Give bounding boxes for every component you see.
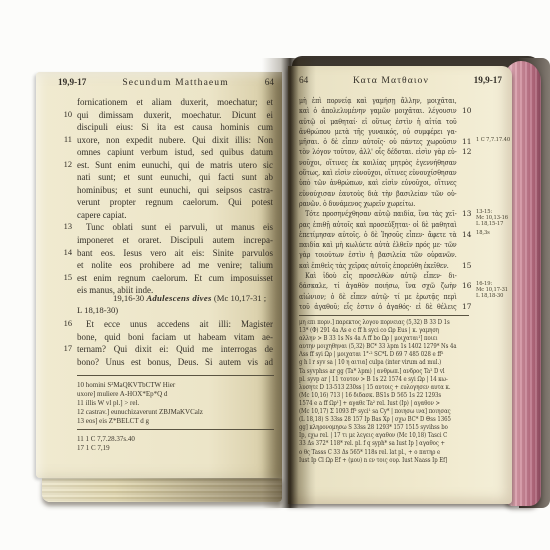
verse-text: discipuli eius: Si ita est causa hominis…: [77, 121, 273, 134]
verse-number: 14: [462, 230, 476, 241]
verse-text: ἐπετίμησαν αὐτοῖς. ὁ δὲ Ἰησοῦς εἶπεν· ἄφ…: [299, 230, 457, 240]
verse-text: καὶ ἐπιθεὶς τὰς χεῖρας αὐτοῖς ἐπορεύθη ἐ…: [299, 261, 457, 271]
book-photo: 19,9-17 Secundum Matthaeum 64 fornicatio…: [0, 0, 550, 550]
verse-text: νοῦχοι, οἵτινες ἐκ κοιλίας μητρὸς ἐγεννή…: [299, 158, 457, 168]
apparatus-line: 13* (Φ) 291 4a Λs e c ff h syci co Ωρ Eu…: [299, 327, 475, 335]
cross-reference-line: 17 1 C 7,19: [77, 444, 277, 453]
apparatus-line: uxore] muliere A-HOX*Ep*Q d: [77, 390, 277, 399]
pericope-title: Adulescens dives: [146, 293, 211, 303]
verse-text: qui dimissam duxerit, moechatur. Dicunt …: [77, 109, 273, 122]
greek-text-line: 10καὶ ὁ ἀπολελυμένην γαμῶν μοιχᾶται. λέγ…: [299, 106, 515, 116]
latin-text-line: hominibus; et sunt eunuchi, qui seipsos …: [58, 184, 274, 197]
verse-number: 16: [58, 318, 72, 331]
verse-number: 15: [58, 272, 72, 285]
verse-number: 17: [462, 302, 476, 313]
greek-text-block: μὴ ἐπὶ πορνείᾳ καὶ γαμήσῃ ἄλλην, μοιχᾶτα…: [299, 96, 515, 312]
left-verse-ref: 19,9-17: [58, 77, 86, 87]
verse-number: 12: [58, 159, 72, 172]
verse-number: 11: [58, 134, 72, 147]
verse-text: capere capiat.: [77, 209, 273, 222]
verse-number: 11: [462, 137, 476, 148]
apparatus-line: Λss ff syi Ωρ | μοιχαται 1°·² SC*L D 69 …: [299, 351, 475, 359]
greek-text-line: οὕτως, καὶ εἰσὶν εὐνοῦχοι, οἵτινες εὐνου…: [299, 168, 515, 178]
latin-text-line: 16 Et ecce unus accedens ait illi: Magis…: [58, 318, 274, 331]
apparatus-line: Ip, εχω rel. | 17 τι με λεγεις αγαθον (M…: [299, 432, 475, 440]
apparatus-line: 1574 e a ff Ωρ¹] + αγαθε Ta² rel. Iust (…: [299, 400, 475, 408]
greek-text-line: μὴ ἐπὶ πορνείᾳ καὶ γαμήσῃ ἄλλην, μοιχᾶτα…: [299, 96, 515, 106]
verse-text: ἀνθρώπου μετὰ τῆς γυναικός, οὐ συμφέρει …: [299, 127, 457, 137]
apparatus-separator-rule: [299, 315, 469, 316]
apparatus-line: 13 eos] eis Z*BELCT d g: [77, 417, 277, 426]
latin-text-line: fornicationem et aliam duxerit, moechatu…: [58, 96, 274, 109]
verse-text: μῆσαι. ὁ δὲ εἶπεν αὐτοῖς· οὐ πάντες χωρο…: [299, 137, 457, 147]
greek-text-line: 17τοῦ ἀγαθοῦ; εἷς ἐστιν ὁ ἀγαθός· εἰ δὲ …: [299, 302, 515, 312]
latin-text-block-2: 16 Et ecce unus accedens ait illi: Magis…: [58, 318, 274, 369]
greek-text-line: νοῦχοι, οἵτινες ἐκ κοιλίας μητρὸς ἐγεννή…: [299, 158, 515, 168]
greek-text-line: ἀνθρώπου μετὰ τῆς γυναικός, οὐ συμφέρει …: [299, 127, 515, 137]
greek-text-line: Καὶ ἰδοὺ εἷς προσελθὼν αὐτῷ εἶπεν· δι-: [299, 271, 515, 281]
latin-text-line: 14bant eos. Iesus vero ait eis: Sinite p…: [58, 247, 274, 260]
latin-text-line: bone, quid boni faciam ut habeam vitam a…: [58, 331, 274, 344]
latin-text-block: fornicationem et aliam duxerit, moechatu…: [58, 96, 274, 297]
verse-text: δάσκαλε, τί ἀγαθὸν ποιήσω, ἵνα σχῶ ζωὴν: [299, 281, 457, 291]
verse-text: καὶ ὁ ἀπολελυμένην γαμῶν μοιχᾶται. λέγου…: [299, 106, 457, 116]
verse-number: 12: [462, 147, 476, 158]
pericope-line1: 19,16-30 Adulescens dives (Mc 10,17-31 ;: [77, 293, 275, 305]
cross-references: 11 1 C 7,7.28.37s.4017 1 C 7,19: [77, 435, 277, 453]
margin-reference: 1 C 7,7.17.40: [476, 138, 516, 144]
apparatus-line: (L 18,18) S 33ss 28 157 Ip Bas Χρ | σχω …: [299, 416, 475, 424]
verse-text: est. Sunt enim eunuchi, qui de matris ut…: [77, 159, 273, 172]
latin-text-line: discipuli eius: Si ita est causa hominis…: [58, 121, 274, 134]
right-page-number: 64: [299, 75, 308, 85]
pericope-parallels: (Mc 10,17-31 ;: [212, 293, 267, 303]
page-bottom-edges: [42, 477, 282, 502]
apparatus-line: g h l r syv sa | 10 η αιτια] culpa (inte…: [299, 359, 475, 367]
latin-text-line: bono? Unus est bonus, Deus. Si autem vis…: [58, 356, 274, 369]
apparatus-line: Ta syvphss ar gg (Ta* λpm) | ανθρωπ.] αν…: [299, 368, 475, 376]
greek-text-line: 16δάσκαλε, τί ἀγαθὸν ποιήσω, ἵνα σχῶ ζωὴ…: [299, 281, 515, 291]
apparatus-line: αυτην μοιχηθηναι (5,32) BC* 33 λpm 1s 14…: [299, 343, 475, 351]
apparatus-line: μη επι πορν.] παρεκτος λογου πορνειας (5…: [299, 319, 475, 327]
left-book-title: Secundum Matthaeum: [122, 77, 228, 88]
right-book-title: Κατα Ματθαιον: [353, 75, 429, 86]
left-page-number: 64: [265, 77, 274, 87]
pericope-range: 19,16-30: [113, 293, 146, 303]
verse-number: 13: [58, 221, 72, 234]
latin-text-line: imponeret et oraret. Discipuli autem inc…: [58, 234, 274, 247]
right-verse-ref: 19,9-17: [474, 75, 502, 85]
verse-number: 17: [58, 343, 72, 356]
verse-text: γὰρ τοιούτων ἐστὶν ἡ βασιλεία τῶν οὐρανῶ…: [299, 250, 457, 260]
verse-text: αὐτῷ οἱ μαθηταί· εἰ οὕτως ἐστὶν ἡ αἰτία …: [299, 117, 457, 127]
apparatus-line: (Mc 10,17) Σ 1093 ff² syci¹ sa Cy* | ποι…: [299, 408, 475, 416]
verse-text: μὴ ἐπὶ πορνείᾳ καὶ γαμήσῃ ἄλλην, μοιχᾶτα…: [299, 96, 457, 106]
verse-text: τοῦ ἀγαθοῦ; εἷς ἐστιν ὁ ἀγαθός· εἰ δὲ θέ…: [299, 302, 457, 312]
apparatus-line: 12 castrav.] eunuchizaverunt ZBJMaKVCalz: [77, 408, 277, 417]
references-separator-rule: [77, 429, 274, 430]
apparatus-line: αλλην > B 33 1s Ns 4a Λ ff bo Ωρ | μοιχα…: [299, 335, 475, 343]
apparatus-line: ο θς Tasss C 33 Δs 565* 118s rel. lat pl…: [299, 449, 475, 457]
greek-text-line: 12τὸν λόγον τοῦτον, ἀλλ' οἷς δέδοται. εἰ…: [299, 147, 515, 157]
greek-critical-apparatus: μη επι πορν.] παρεκτος λογου πορνειας (5…: [299, 319, 475, 465]
verse-text: οὕτως, καὶ εἰσὶν εὐνοῦχοι, οἵτινες εὐνου…: [299, 168, 457, 178]
greek-text-line: αἰώνιον; ὁ δὲ εἶπεν αὐτῷ· τί με ἐρωτᾷς π…: [299, 292, 515, 302]
apparatus-line: Iust Ip Cl Ωρ Ef + (μου) n εν τοις ουρ. …: [299, 457, 475, 465]
greek-text-line: γὰρ τοιούτων ἐστὶν ἡ βασιλεία τῶν οὐρανῶ…: [299, 250, 515, 260]
apparatus-line: 33 Δs 372* 118* rel. pl. f q syph* sa Iu…: [299, 440, 475, 448]
greek-text-line: ρανῶν. ὁ δυνάμενος χωρεῖν χωρείτω.: [299, 199, 515, 209]
verse-text: τὸν λόγον τοῦτον, ἀλλ' οἷς δέδοται. εἰσὶ…: [299, 147, 457, 157]
greek-text-line: 11μῆσαι. ὁ δὲ εἶπεν αὐτοῖς· οὐ πάντες χω…: [299, 137, 515, 147]
latin-text-line: et nolite eos prohibere ad me venire; ta…: [58, 259, 274, 272]
verse-text: αἰώνιον; ὁ δὲ εἶπεν αὐτῷ· τί με ἐρωτᾷς π…: [299, 292, 457, 302]
verse-text: hominibus; et sunt eunuchi, qui seipsos …: [77, 184, 273, 197]
verse-number: 14: [58, 247, 72, 260]
verse-text: uxore, non expedit nubere. Qui dixit ill…: [77, 134, 273, 147]
latin-text-line: 12est. Sunt enim eunuchi, qui de matris …: [58, 159, 274, 172]
verse-number: 15: [462, 261, 476, 272]
greek-text-line: 13 Τότε προσηνέχθησαν αὐτῷ παιδία, ἵνα τ…: [299, 209, 515, 219]
verse-number: 16: [462, 281, 476, 292]
verse-text: et nolite eos prohibere ad me venire; ta…: [77, 259, 273, 272]
verse-text: verunt propter regnum caelorum. Qui pote…: [77, 196, 273, 209]
verse-text: omnes capiunt verbum istud, sed quibus d…: [77, 146, 273, 159]
verse-text: Et ecce unus accedens ait illi: Magister: [77, 318, 273, 331]
greek-text-line: παιδία καὶ μὴ κωλύετε αὐτὰ ἐλθεῖν πρός μ…: [299, 240, 515, 250]
verse-text: nati sunt; et sunt eunuchi, qui facti su…: [77, 171, 273, 184]
pericope-line2: L 18,18-30): [77, 305, 275, 317]
apparatus-line: 11 illis W vl pl.] > rel.: [77, 399, 277, 408]
apparatus-separator-rule: [77, 375, 274, 376]
apparatus-line: λυσητε D 13-513 230ss | 15 αυτοις + ευλο…: [299, 384, 475, 392]
verse-text: bant eos. Iesus vero ait eis: Sinite par…: [77, 247, 273, 260]
verse-text: imponeret et oraret. Discipuli autem inc…: [77, 234, 273, 247]
verse-number: 13: [462, 209, 476, 220]
verse-text: Καὶ ἰδοὺ εἷς προσελθὼν αὐτῷ εἶπεν· δι-: [299, 271, 457, 281]
greek-text-line: ρας ἐπιθῇ αὐτοῖς καὶ προσεύξηται· οἱ δὲ …: [299, 220, 515, 230]
greek-text-line: 15καὶ ἐπιθεὶς τὰς χεῖρας αὐτοῖς ἐπορεύθη…: [299, 261, 515, 271]
latin-text-line: 15est enim regnum caelorum. Et cum impos…: [58, 272, 274, 285]
latin-text-line: nati sunt; et sunt eunuchi, qui facti su…: [58, 171, 274, 184]
latin-text-line: verunt propter regnum caelorum. Qui pote…: [58, 196, 274, 209]
verse-text: εὐνούχισαν ἑαυτοὺς διὰ τὴν βασιλείαν τῶν…: [299, 189, 457, 199]
right-running-head: 64 Κατα Ματθαιον 19,9-17: [299, 75, 502, 86]
latin-text-line: 11uxore, non expedit nubere. Qui dixit i…: [58, 134, 274, 147]
greek-text-line: 14ἐπετίμησαν αὐτοῖς. ὁ δὲ Ἰησοῦς εἶπεν· …: [299, 230, 515, 240]
left-page-latin: 19,9-17 Secundum Matthaeum 64 fornicatio…: [36, 72, 282, 478]
verse-text: ternam? Qui dixit ei: Quid me interrogas…: [77, 343, 273, 356]
verse-text: ὑπὸ τῶν ἀνθρώπων, καὶ εἰσὶν εὐνοῦχοι, οἵ…: [299, 178, 457, 188]
apparatus-line: gg] κληρονομησω S 33ss 28 1293* 157 1515…: [299, 424, 475, 432]
verse-text: est enim regnum caelorum. Et cum imposui…: [77, 272, 273, 285]
latin-text-line: 13 Tunc oblati sunt ei parvuli, ut manus…: [58, 221, 274, 234]
greek-text-line: αὐτῷ οἱ μαθηταί· εἰ οὕτως ἐστὶν ἡ αἰτία …: [299, 117, 515, 127]
verse-text: ρας ἐπιθῇ αὐτοῖς καὶ προσεύξηται· οἱ δὲ …: [299, 220, 457, 230]
verse-text: Τότε προσηνέχθησαν αὐτῷ παιδία, ἵνα τὰς …: [299, 209, 457, 219]
greek-text-line: ὑπὸ τῶν ἀνθρώπων, καὶ εἰσὶν εὐνοῦχοι, οἵ…: [299, 178, 515, 188]
apparatus-line: 10 homini S²MaQKVTbCTW Hier: [77, 381, 277, 390]
latin-text-line: capere capiat.: [58, 209, 274, 222]
left-running-head: 19,9-17 Secundum Matthaeum 64: [58, 77, 274, 88]
verse-text: ρανῶν. ὁ δυνάμενος χωρεῖν χωρείτω.: [299, 199, 457, 209]
verse-number: 10: [58, 109, 72, 122]
verse-text: bono? Unus est bonus, Deus. Si autem vis…: [77, 356, 273, 369]
verse-text: bone, quid boni faciam ut habeam vitam a…: [77, 331, 273, 344]
apparatus-line: (Mc 10,16) 713 | 16 διδασκ. BS1s D 565 1…: [299, 392, 475, 400]
verse-number: 10: [462, 106, 476, 117]
latin-text-line: omnes capiunt verbum istud, sed quibus d…: [58, 146, 274, 159]
latin-text-line: 10qui dimissam duxerit, moechatur. Dicun…: [58, 109, 274, 122]
verse-text: Tunc oblati sunt ei parvuli, ut manus ei…: [77, 221, 273, 234]
margin-reference: 18,3s: [476, 231, 516, 237]
verse-text: fornicationem et aliam duxerit, moechatu…: [77, 96, 273, 109]
pericope-heading: 19,16-30 Adulescens dives (Mc 10,17-31 ;…: [77, 293, 275, 316]
verse-text: παιδία καὶ μὴ κωλύετε αὐτὰ ἐλθεῖν πρός μ…: [299, 240, 457, 250]
apparatus-line: pl. syvp ar | 11 τουτον > B 1s 22 1574 e…: [299, 376, 475, 384]
latin-apparatus: 10 homini S²MaQKVTbCTW Hieruxore] mulier…: [77, 381, 277, 426]
cross-reference-line: 11 1 C 7,7.28.37s.40: [77, 435, 277, 444]
greek-text-line: εὐνούχισαν ἑαυτοὺς διὰ τὴν βασιλείαν τῶν…: [299, 189, 515, 199]
latin-text-line: 17ternam? Qui dixit ei: Quid me interrog…: [58, 343, 274, 356]
right-page-greek: 64 Κατα Ματθαιον 19,9-17 μὴ ἐπὶ πορνείᾳ …: [288, 66, 512, 504]
